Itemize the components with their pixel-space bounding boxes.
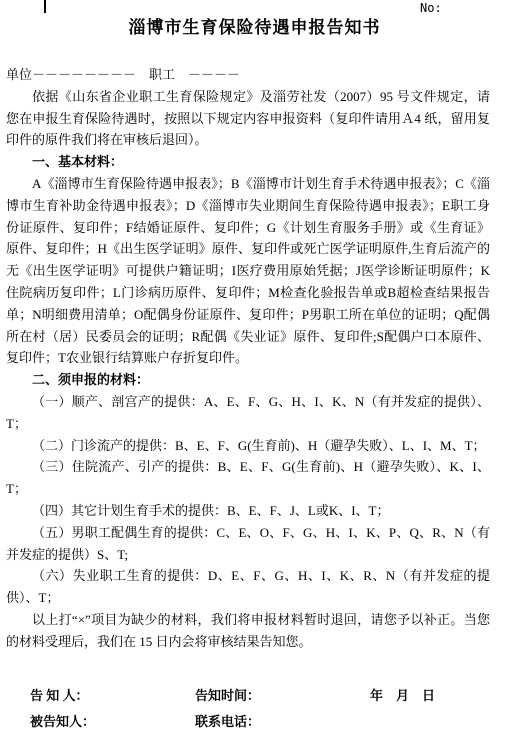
document-title: 淄博市生育保险待遇申报告知书 xyxy=(0,16,509,40)
footer-spacer xyxy=(370,709,509,732)
list-item-2: （二）门诊流产的提供：B、E、F、G(生育前)、H（避孕失败）、L、I、M、T； xyxy=(6,435,490,457)
list-item-4: （四）其它计划生育手术的提供：B、E、F、J、L或K、I、T； xyxy=(6,500,490,522)
signature-footer: 告 知 人： 告知时间： 年 月 日 被告知人： 联系电话： xyxy=(0,683,509,732)
closing-paragraph: 以上打“×”项目为缺少的材料，我们将申报材料暂时退回，请您予以补正。当您的材料受… xyxy=(6,609,490,653)
document-body: 单位－－－－－－－－ 职工 －－－－ 依据《山东省企业职工生育保险规定》及淄劳社… xyxy=(0,64,509,653)
list-item-6: （六）失业职工生育的提供：D、E、F、G、H、I、K、R、N（有并发症的提供）、… xyxy=(6,565,490,609)
list-item-1: （一）顺产、剖宫产的提供：A、E、F、G、H、I、K、N（有并发症的提供）、T； xyxy=(6,391,490,435)
section1-materials-text: A《淄博市生育保险待遇申报表》；B《淄博市计划生育手术待遇申报表》；C《淄博市生… xyxy=(6,173,490,369)
document-number-label: No: xyxy=(420,1,442,15)
informer-label: 告 知 人： xyxy=(30,683,195,709)
intro-paragraph: 依据《山东省企业职工生育保险规定》及淄劳社发（2007）95 号文件规定，请您在… xyxy=(6,86,490,151)
phone-label: 联系电话： xyxy=(195,709,370,732)
footer-row-1: 告 知 人： 告知时间： 年 月 日 xyxy=(30,683,509,709)
unit-employee-line: 单位－－－－－－－－ 职工 －－－－ xyxy=(6,64,490,86)
document-page: No: 淄博市生育保险待遇申报告知书 单位－－－－－－－－ 职工 －－－－ 依据… xyxy=(0,0,509,732)
section2-heading: 二、须申报的材料： xyxy=(6,369,490,391)
footer-row-2: 被告知人： 联系电话： xyxy=(30,709,509,732)
notify-time-label: 告知时间： xyxy=(195,683,370,709)
informed-person-label: 被告知人： xyxy=(30,709,195,732)
list-item-5: （五）男职工配偶生育的提供：C、E、O、F、G、H、I、K、P、Q、R、N（有并… xyxy=(6,522,490,566)
list-item-3: （三）住院流产、引产的提供：B、E、F、G(生育前)、H（避孕失败）、K、I、T… xyxy=(6,456,490,500)
section1-heading: 一、基本材料： xyxy=(6,151,490,173)
text-cursor xyxy=(44,0,46,13)
date-label: 年 月 日 xyxy=(370,683,509,709)
